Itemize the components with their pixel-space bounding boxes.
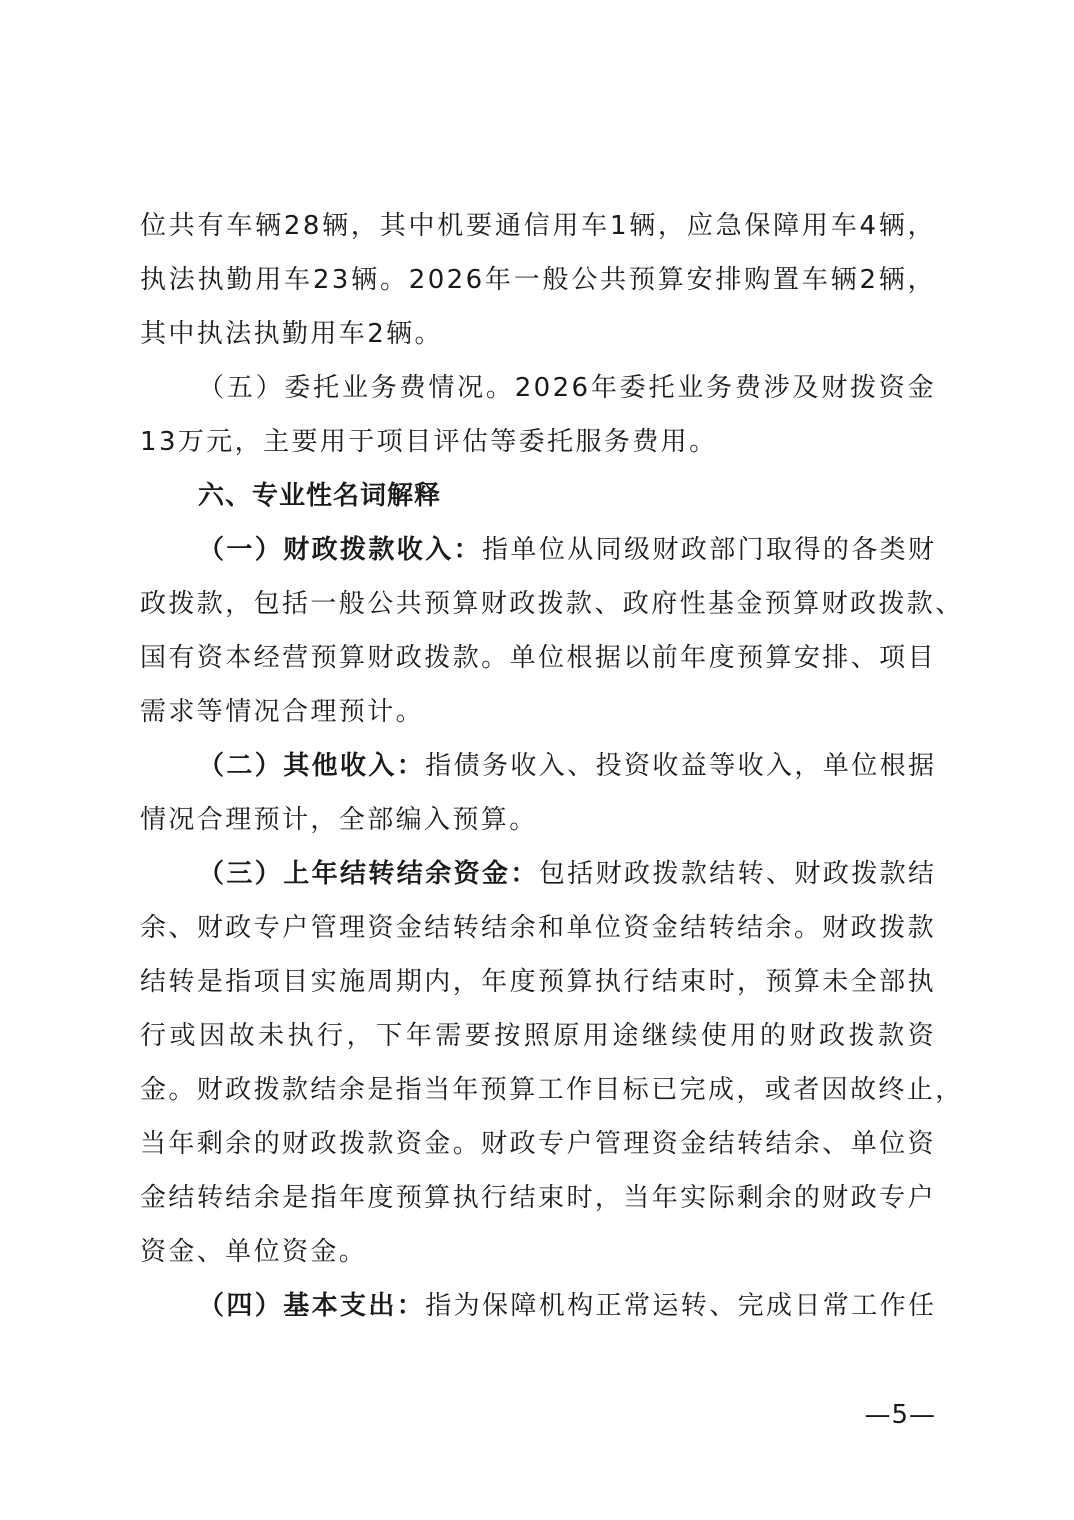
paragraph-line: 余、财政专户管理资金结转结余和单位资金结转结余。财政拨款 (140, 901, 936, 955)
paragraph-line: 情况合理预计，全部编入预算。 (140, 793, 936, 847)
definition-first-line: （四）基本支出：指为保障机构正常运转、完成日常工作任 (140, 1279, 936, 1333)
definition-term: （一）财政拨款收入： (198, 535, 482, 565)
section-five-term: （五）委托业务费情况。 (198, 373, 515, 403)
definition-text: 指单位从同级财政部门取得的各类财 (482, 535, 936, 565)
section-five-first-line: （五）委托业务费情况。2026年委托业务费涉及财拨资金 (140, 361, 936, 415)
paragraph-line: 执法执勤用车23辆。2026年一般公共预算安排购置车辆2辆， (140, 253, 936, 307)
definition-text: 包括财政拨款结转、财政拨款结 (539, 859, 937, 889)
paragraph-line: 需求等情况合理预计。 (140, 685, 936, 739)
paragraph-line: 金结转结余是指年度预算执行结束时，当年实际剩余的财政专户 (140, 1171, 936, 1225)
paragraph-line: 资金、单位资金。 (140, 1225, 936, 1279)
paragraph-line: 行或因故未执行，下年需要按照原用途继续使用的财政拨款资 (140, 1009, 936, 1063)
definition-text: 指为保障机构正常运转、完成日常工作任 (425, 1291, 936, 1321)
paragraph-line: 金。财政拨款结余是指当年预算工作目标已完成，或者因故终止， (140, 1063, 936, 1117)
section-five-text: 2026年委托业务费涉及财拨资金 (515, 373, 936, 403)
paragraph-line: 当年剩余的财政拨款资金。财政专户管理资金结转结余、单位资 (140, 1117, 936, 1171)
paragraph-line: 政拨款，包括一般公共预算财政拨款、政府性基金预算财政拨款、 (140, 577, 936, 631)
definition-term: （三）上年结转结余资金： (198, 859, 539, 889)
section-heading-six: 六、专业性名词解释 (140, 469, 936, 523)
definition-first-line: （三）上年结转结余资金：包括财政拨款结转、财政拨款结 (140, 847, 936, 901)
paragraph-line: 位共有车辆28辆，其中机要通信用车1辆，应急保障用车4辆， (140, 199, 936, 253)
definition-text: 指债务收入、投资收益等收入，单位根据 (425, 751, 936, 781)
paragraph-line: 结转是指项目实施周期内，年度预算执行结束时，预算未全部执 (140, 955, 936, 1009)
page-number: —5— (864, 1395, 936, 1435)
definition-first-line: （一）财政拨款收入：指单位从同级财政部门取得的各类财 (140, 523, 936, 577)
paragraph-line: 国有资本经营预算财政拨款。单位根据以前年度预算安排、项目 (140, 631, 936, 685)
paragraph-line: 13万元，主要用于项目评估等委托服务费用。 (140, 415, 936, 469)
definition-term: （四）基本支出： (198, 1291, 425, 1321)
document-page: 位共有车辆28辆，其中机要通信用车1辆，应急保障用车4辆， 执法执勤用车23辆。… (140, 199, 936, 1333)
paragraph-line: 其中执法执勤用车2辆。 (140, 307, 936, 361)
definition-term: （二）其他收入： (198, 751, 425, 781)
definition-first-line: （二）其他收入：指债务收入、投资收益等收入，单位根据 (140, 739, 936, 793)
